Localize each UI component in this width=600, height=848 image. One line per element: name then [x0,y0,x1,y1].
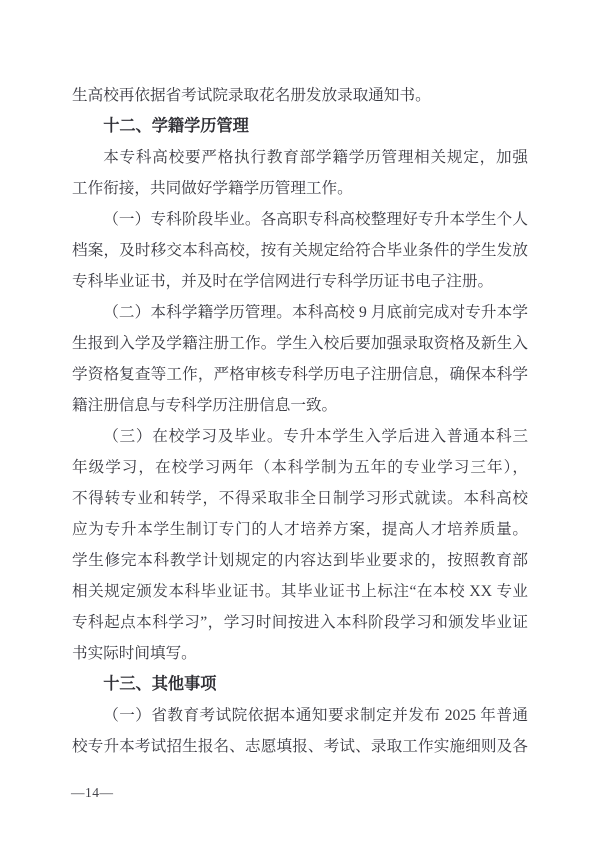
text-line: 生报到入学及学籍注册工作。学生入校后要加强录取资格及新生入 [72,328,528,359]
text-line: （一）省教育考试院依据本通知要求制定并发布 2025 年普通高 [72,700,528,731]
text-line: （二）本科学籍学历管理。本科高校 9 月底前完成对专升本学 [72,297,528,328]
text-line: 籍注册信息与专科学历注册信息一致。 [72,390,528,421]
text-line: 不得转专业和转学，不得采取非全日制学习形式就读。本科高校 [72,483,528,514]
text-line: 应为专升本学生制订专门的人才培养方案，提高人才培养质量。 [72,514,528,545]
text-line: 校专升本考试招生报名、志愿填报、考试、录取工作实施细则及各 [72,731,528,762]
page-number: —14— [71,783,114,803]
text-line: （三）在校学习及毕业。专升本学生入学后进入普通本科三 [72,421,528,452]
text-line: 专科毕业证书，并及时在学信网进行专科学历证书电子注册。 [72,266,528,297]
text-line: 本专科高校要严格执行教育部学籍学历管理相关规定，加强 [72,142,528,173]
text-line: 专科起点本科学习”，学习时间按进入本科阶段学习和颁发毕业证 [72,607,528,638]
section-heading: 十二、学籍学历管理 [72,111,528,142]
document-text-block: 生高校再依据省考试院录取花名册发放录取通知书。十二、学籍学历管理本专科高校要严格… [72,80,528,762]
text-line: 档案，及时移交本科高校，按有关规定给符合毕业条件的学生发放 [72,235,528,266]
text-line: （一）专科阶段毕业。各高职专科高校整理好专升本学生个人 [72,204,528,235]
section-heading: 十三、其他事项 [72,669,528,700]
document-page: 生高校再依据省考试院录取花名册发放录取通知书。十二、学籍学历管理本专科高校要严格… [0,0,600,848]
text-line: 学资格复查等工作，严格审核专科学历电子注册信息，确保本科学 [72,359,528,390]
text-line: 书实际时间填写。 [72,638,528,669]
text-line: 学生修完本科教学计划规定的内容达到毕业要求的，按照教育部 [72,545,528,576]
text-line: 生高校再依据省考试院录取花名册发放录取通知书。 [72,80,528,111]
text-line: 相关规定颁发本科毕业证书。其毕业证书上标注“在本校 XX 专业 [72,576,528,607]
text-line: 工作衔接，共同做好学籍学历管理工作。 [72,173,528,204]
text-line: 年级学习，在校学习两年（本科学制为五年的专业学习三年）， [72,452,528,483]
